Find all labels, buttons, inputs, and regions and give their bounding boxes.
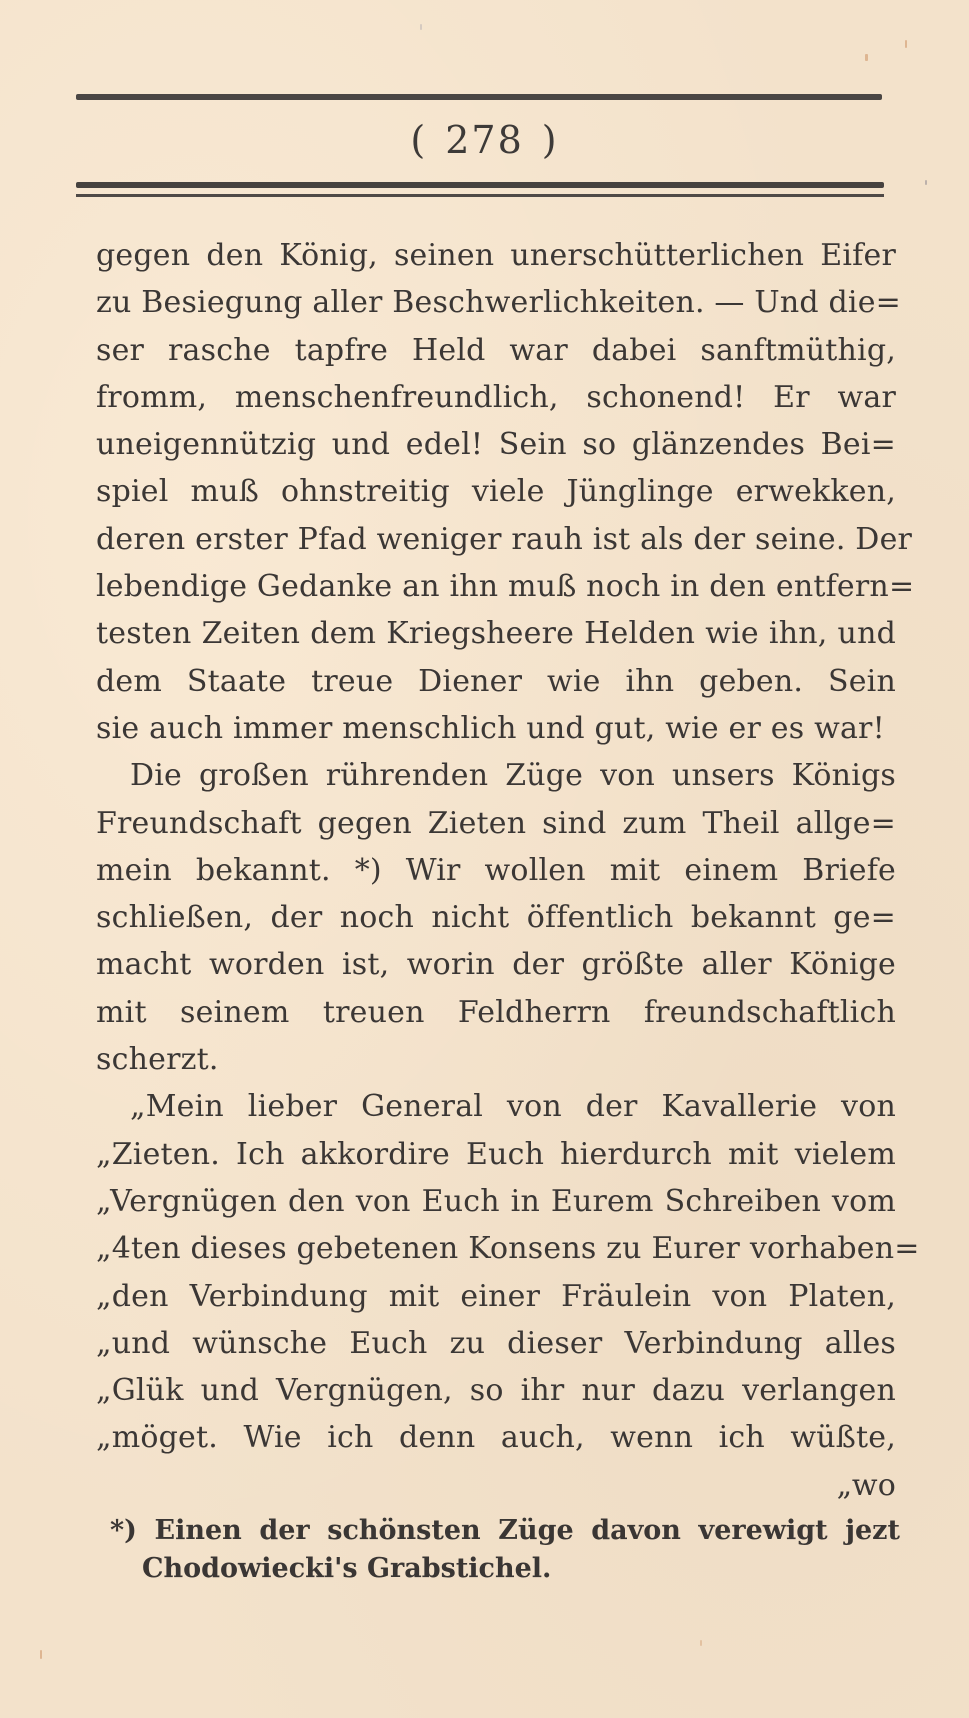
text-line: schließen, der noch nicht öffentlich bek… bbox=[96, 894, 896, 941]
text-line: mein bekannt. *) Wir wollen mit einem Br… bbox=[96, 847, 896, 894]
paper-fleck bbox=[700, 1640, 702, 1646]
letter-line: „und wünsche Euch zu dieser Verbindung a… bbox=[96, 1320, 896, 1367]
paper-fleck bbox=[905, 40, 907, 48]
text-line: fromm, menschenfreundlich, schonend! Er … bbox=[96, 374, 896, 421]
header-rule-bottom-thick bbox=[76, 182, 884, 188]
footnote-line: Chodowiecki's Grabstichel. bbox=[110, 1550, 900, 1588]
letter-line: „Glük und Vergnügen, so ihr nur dazu ver… bbox=[96, 1367, 896, 1414]
text-line: lebendige Gedanke an ihn muß noch in den… bbox=[96, 563, 896, 610]
close-paren: ) bbox=[542, 118, 559, 162]
text-line: testen Zeiten dem Kriegsheere Helden wie… bbox=[96, 610, 896, 657]
text-line: scherzt. bbox=[96, 1036, 896, 1083]
page-number: (278) bbox=[0, 118, 969, 162]
paper-fleck bbox=[925, 180, 927, 185]
letter-start-line: „Mein lieber General von der Kavallerie … bbox=[96, 1083, 896, 1130]
page-number-value: 278 bbox=[445, 118, 524, 162]
paper-fleck bbox=[865, 54, 868, 61]
text-line: sie auch immer menschlich und gut, wie e… bbox=[96, 705, 896, 752]
footnote-line: *) Einen der schönsten Züge davon verewi… bbox=[110, 1512, 900, 1550]
paper-fleck bbox=[420, 24, 422, 30]
text-line: Freundschaft gegen Zieten sind zum Theil… bbox=[96, 800, 896, 847]
text-line: macht worden ist, worin der größte aller… bbox=[96, 941, 896, 988]
header-rule-bottom-thin bbox=[76, 194, 884, 197]
body-text: gegen den König, seinen unerschütterlich… bbox=[96, 232, 896, 1509]
paragraph-start-line: Die großen rührenden Züge von unsers Kön… bbox=[96, 752, 896, 799]
text-line: dem Staate treue Diener wie ihn geben. S… bbox=[96, 658, 896, 705]
text-line: deren erster Pfad weniger rauh ist als d… bbox=[96, 516, 896, 563]
paper-fleck bbox=[40, 1650, 42, 1659]
text-line: mit seinem treuen Feldherrn freundschaft… bbox=[96, 989, 896, 1036]
letter-line: „Zieten. Ich akkordire Euch hierdurch mi… bbox=[96, 1131, 896, 1178]
text-line: zu Besiegung aller Beschwerlichkeiten. —… bbox=[96, 279, 896, 326]
text-line: spiel muß ohnstreitig viele Jünglinge er… bbox=[96, 468, 896, 515]
letter-line: „möget. Wie ich denn auch, wenn ich wüßt… bbox=[96, 1414, 896, 1461]
header-rule-top bbox=[76, 94, 882, 100]
catchword: „wo bbox=[96, 1462, 896, 1509]
text-line: uneigennützig und edel! Sein so glänzend… bbox=[96, 421, 896, 468]
text-line: gegen den König, seinen unerschütterlich… bbox=[96, 232, 896, 279]
letter-line: „den Verbindung mit einer Fräulein von P… bbox=[96, 1273, 896, 1320]
footnote: *) Einen der schönsten Züge davon verewi… bbox=[110, 1512, 900, 1588]
text-line: ser rasche tapfre Held war dabei sanftmü… bbox=[96, 327, 896, 374]
open-paren: ( bbox=[410, 118, 427, 162]
book-page: (278) gegen den König, seinen unerschütt… bbox=[0, 0, 969, 1718]
letter-line: „4ten dieses gebetenen Konsens zu Eurer … bbox=[96, 1225, 896, 1272]
letter-line: „Vergnügen den von Euch in Eurem Schreib… bbox=[96, 1178, 896, 1225]
